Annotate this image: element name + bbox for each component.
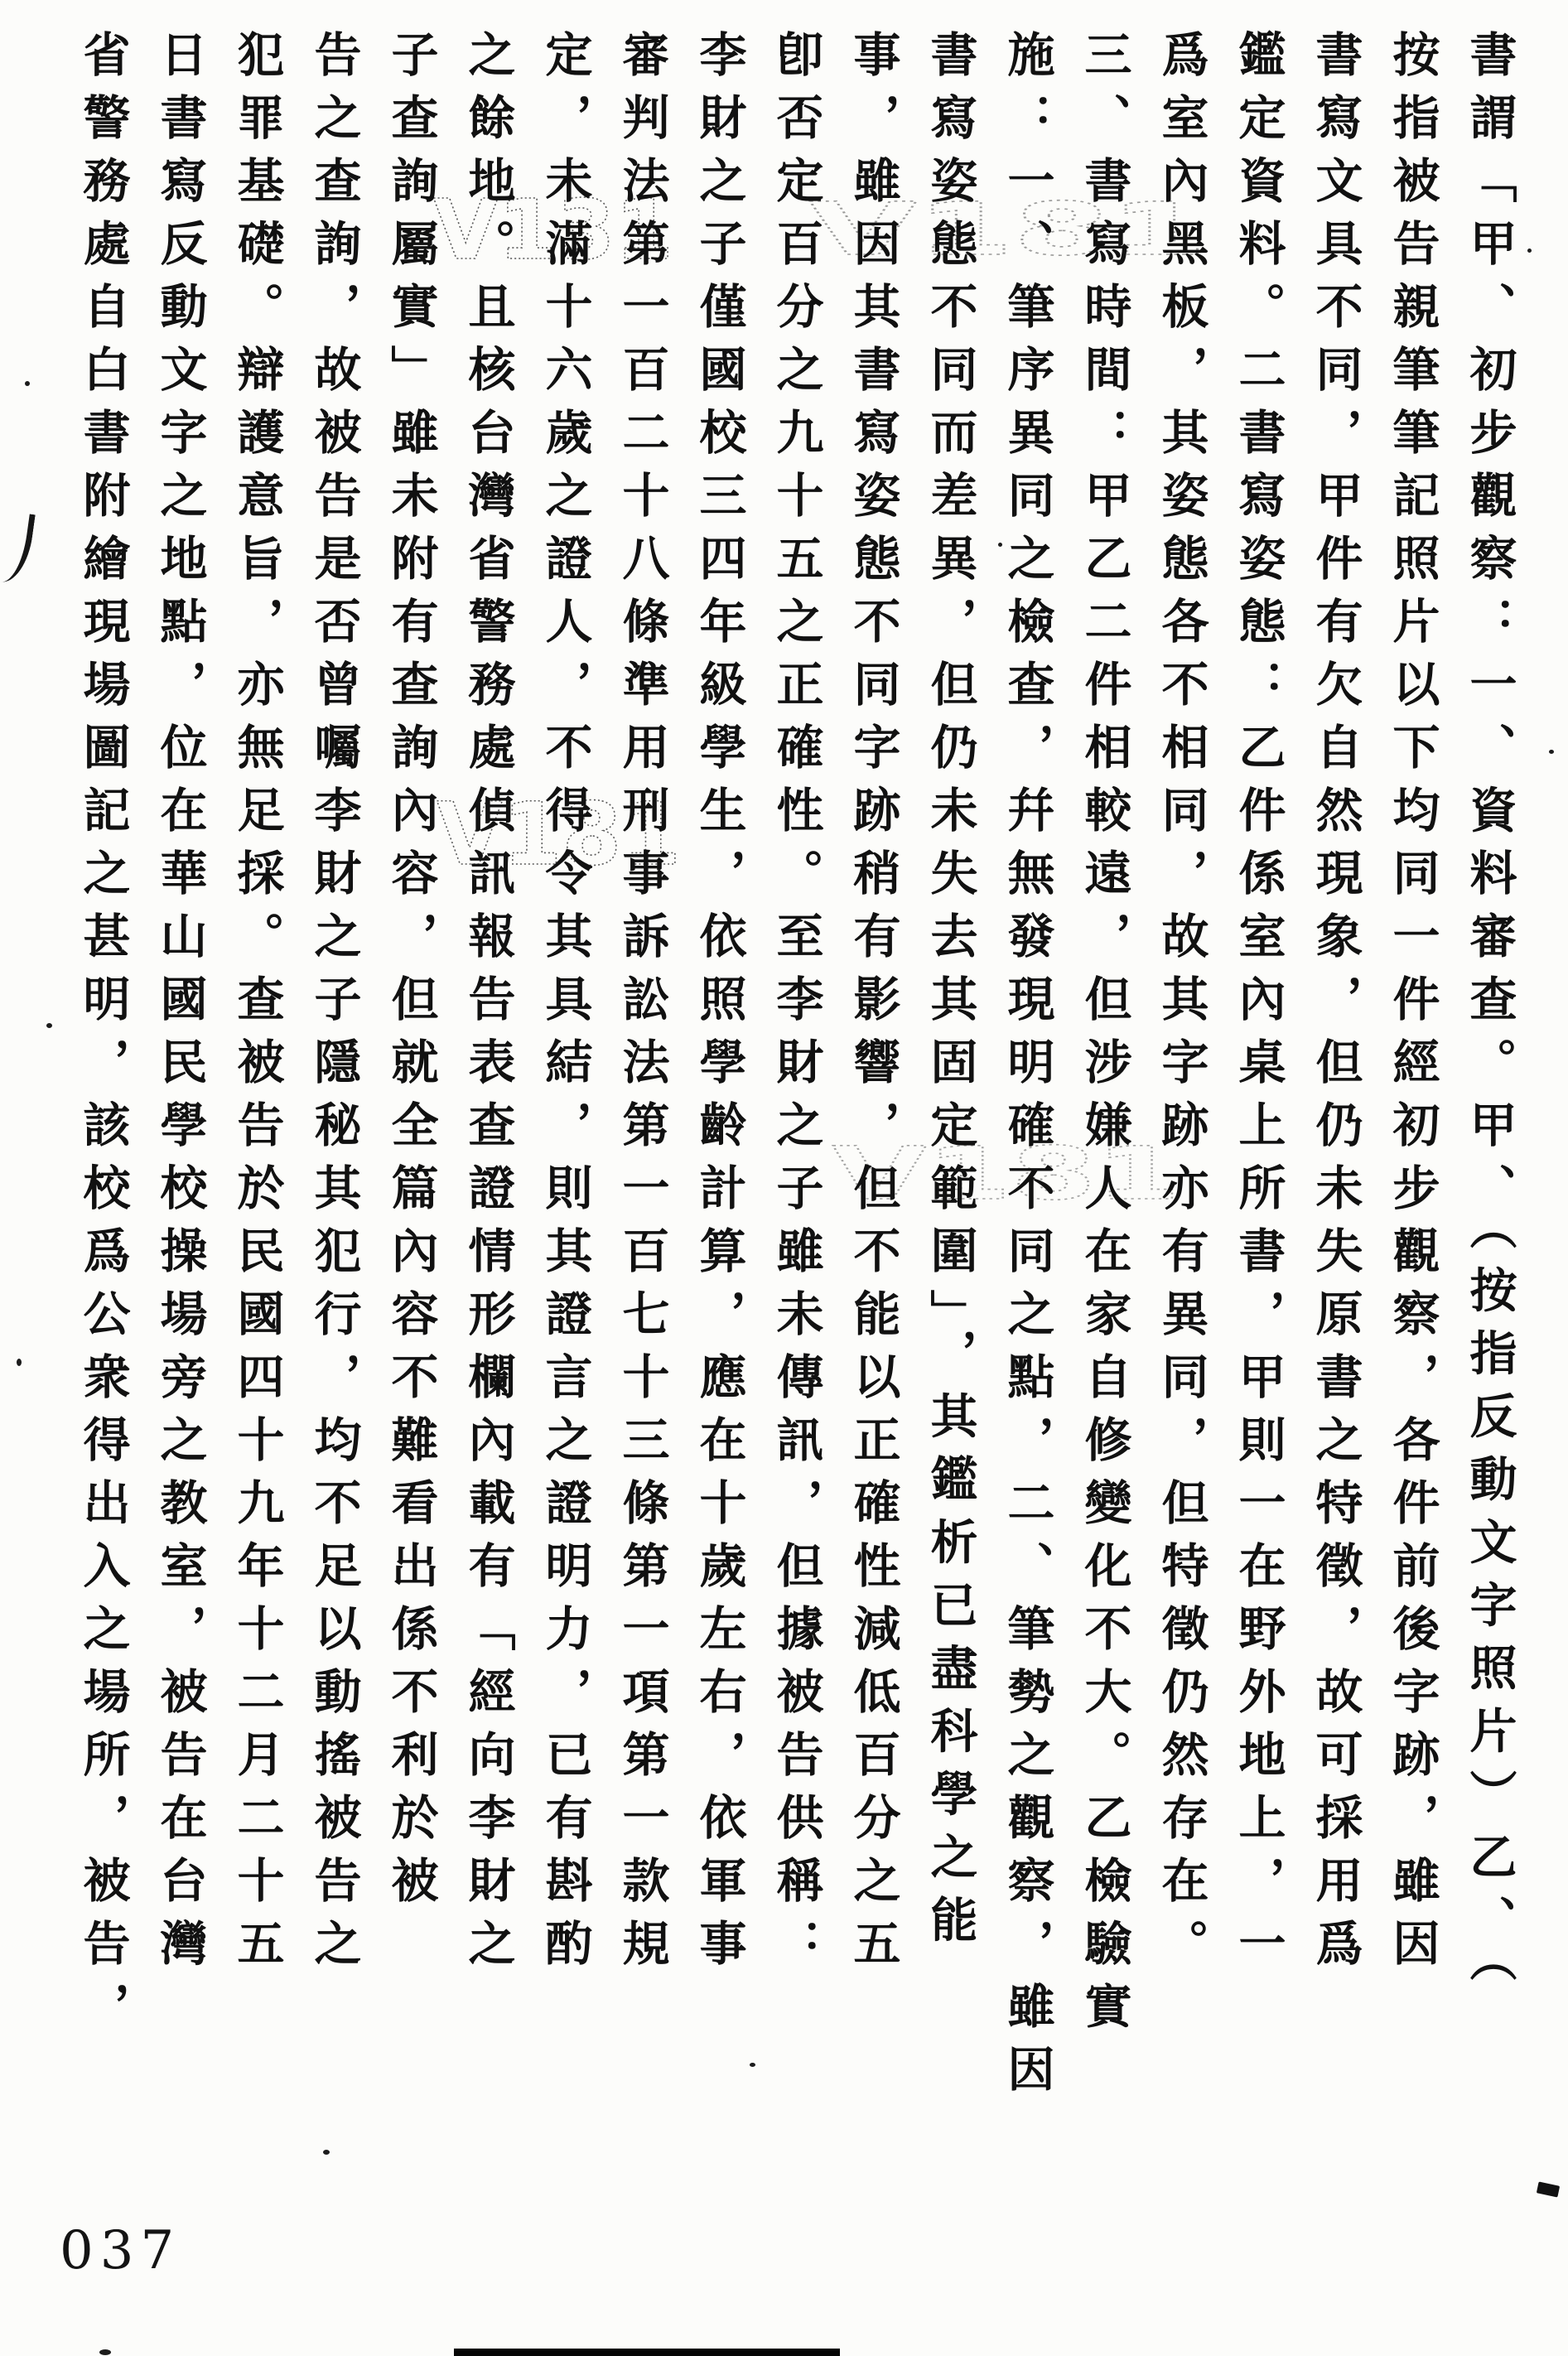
scan-speck xyxy=(25,381,30,386)
scan-speck xyxy=(1251,1636,1256,1641)
text-column: 審判法第一百二十八條準用刑事訴訟法第一百七十三條第一項第一款規 xyxy=(604,30,681,2184)
text-column: 三、書寫時間：甲乙二件相較遠，但涉嫌人在家自修變化不大。乙檢驗實 xyxy=(1066,30,1143,2184)
scan-speck xyxy=(998,543,1002,547)
text-column: 犯罪基礎。辯護意旨，亦無足採。查被告於民國四十九年十二月二十五 xyxy=(219,30,296,2184)
page-number: 037 xyxy=(60,2220,181,2281)
text-column: 按指被告親筆筆記照片以下均同一件經初步觀察，各件前後字跡，雖因 xyxy=(1374,30,1451,2184)
scan-edge-artifact xyxy=(454,2349,840,2356)
text-column: 卽否定百分之九十五之正確性。至李財之子雖未傳訊，但據被告供稱： xyxy=(758,30,835,2184)
document-text: 書謂「甲、初步觀察：一、資料審查。甲、（按指反動文字照片）乙、（按指被告親筆筆記… xyxy=(65,30,1528,2184)
text-column: 事，雖因其書寫姿態不同字跡稍有影響，但不能以正確性減低百分之五 xyxy=(835,30,912,2184)
text-column: 鑑定資料。二書寫姿態：乙件係室內桌上所書，甲則一在野外地上，一 xyxy=(1220,30,1297,2184)
text-column: 省警務處自白書附繪現場圖記之甚明，該校爲公衆得出入之場所，被告， xyxy=(65,30,142,2184)
text-column: 書謂「甲、初步觀察：一、資料審查。甲、（按指反動文字照片）乙、（ xyxy=(1451,30,1528,2184)
scan-speck xyxy=(1549,750,1554,754)
text-column: 書寫姿態不同而差異，但仍未失去其固定範圍」，其鑑析已盡科學之能 xyxy=(912,30,989,2184)
text-column: 定，未滿十六歲之證人，不得令其具結，則其證言之證明力，已有斟酌 xyxy=(527,30,604,2184)
scan-speck xyxy=(750,2063,755,2067)
text-column: 子查詢屬實」雖未附有查詢內容，但就全篇內容不難看出係不利於被 xyxy=(373,30,450,2184)
scan-speck xyxy=(1527,249,1532,253)
scan-speck xyxy=(46,1023,52,1028)
text-column: 爲室內黑板，其姿態各不相同，故其字跡亦有異同，但特徵仍然存在。 xyxy=(1143,30,1220,2184)
scan-pen-mark xyxy=(0,509,36,585)
scan-speck xyxy=(17,1359,22,1366)
document-page: V131 V181 V181 V181 書謂「甲、初步觀察：一、資料審查。甲、（… xyxy=(0,0,1568,2356)
text-column: 告之查詢，故被告是否曾囑李財之子隱秘其犯行，均不足以動搖被告之 xyxy=(296,30,373,2184)
scan-speck xyxy=(99,2349,111,2355)
scan-corner-artifact xyxy=(1537,2181,1560,2197)
scan-speck xyxy=(323,2150,330,2155)
text-column: 日書寫反動文字之地點，位在華山國民學校操場旁之教室，被告在台灣 xyxy=(142,30,219,2184)
text-column: 之餘地。且核台灣省警務處偵訊報告表查證情形欄內載有「經向李財之 xyxy=(450,30,527,2184)
text-column: 李財之子僅國校三四年級學生，依照學齡計算，應在十歲左右，依軍事 xyxy=(681,30,758,2184)
text-column: 書寫文具不同，甲件有欠自然現象，但仍未失原書之特徵，故可採用爲 xyxy=(1297,30,1374,2184)
text-column: 施：一、筆序異同之檢查，幷無發現明確不同之點，二、筆勢之觀察，雖因 xyxy=(989,30,1066,2184)
